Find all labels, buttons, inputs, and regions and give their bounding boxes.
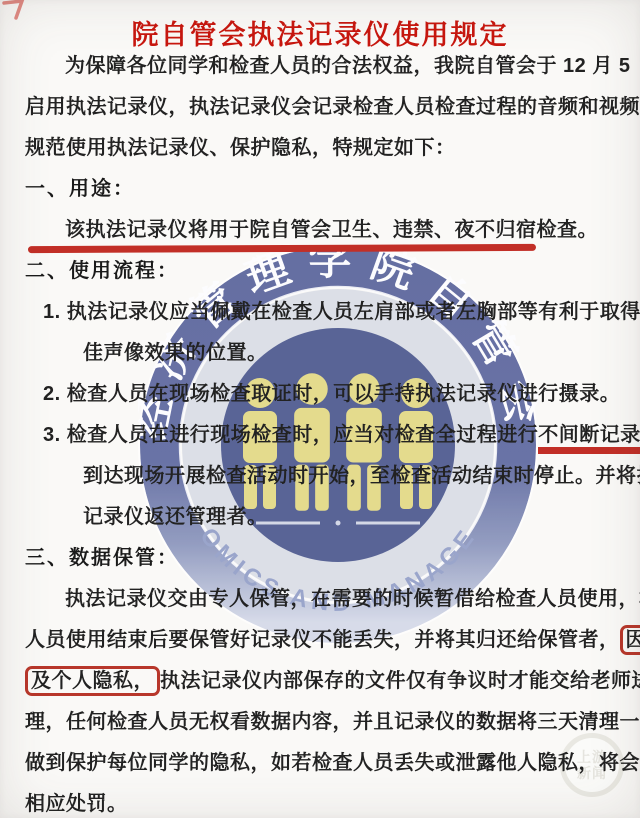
doc-line: 执法记录仪交由专人保管，在需要的时候暂借给检查人员使用，检查 [25,579,625,620]
doc-line: 记录仪返还管理者。 [25,497,625,538]
doc-heading-line: 三、数据保管： [25,538,625,579]
doc-line: 规范使用执法记录仪、保护隐私，特规定如下： [25,128,625,169]
doc-segment: 执法记录仪内部保存的文件仅有争议时才能交给老师进行处 [160,670,640,692]
doc-line: 1. 执法记录仪应当佩戴在检查人员左肩部或者左胸部等有利于取得最 [25,292,625,333]
document-photo: 经济管理学院自管会 ECONOMICS AND MANAGEMENT 上游 新闻… [0,0,640,818]
doc-segment: 3. 检查人员在进行现场检查时，应当对检查全过程进行 [43,424,538,446]
doc-segment: 佳声像效果的位置。 [83,342,268,364]
doc-segment: 做到保护每位同学的隐私，如若检查人员丢失或泄露他人隐私，将会受到 [25,752,640,774]
doc-line: 到达现场开展检查活动时开始，至检查活动结束时停止。并将执法 [25,456,625,497]
doc-segment: 人员使用结束后要保管好记录仪不能丢失，并将其归还给保管者， [25,629,620,651]
doc-segment: 三、数据保管： [25,547,179,569]
doc-line: 启用执法记录仪，执法记录仪会记录检查人员检查过程的音频和视频，为 [25,87,625,128]
doc-lines: 为保障各位同学和检查人员的合法权益，我院自管会于 12 月 5 日起启用执法记录… [25,46,625,818]
red-corner-mark-icon [2,0,32,20]
doc-segment-redbox: 及个人隐私， [25,666,160,696]
doc-heading-line: 二、使用流程： [25,251,625,292]
doc-line: 该执法记录仪将用于院自管会卫生、违禁、夜不归宿检查。 [25,210,625,251]
doc-segment: 到达现场开展检查活动时开始，至检查活动结束时停止。并将执法 [83,465,640,487]
doc-heading-line: 一、用途： [25,169,625,210]
doc-line: 人员使用结束后要保管好记录仪不能丢失，并将其归还给保管者，因为涉 [25,620,625,661]
doc-line: 及个人隐私，执法记录仪内部保存的文件仅有争议时才能交给老师进行处 [25,661,625,702]
doc-line: 做到保护每位同学的隐私，如若检查人员丢失或泄露他人隐私，将会受到 [25,743,625,784]
doc-segment: 1. 执法记录仪应当佩戴在检查人员左肩部或者左胸部等有利于取得最 [43,301,640,323]
doc-line: 佳声像效果的位置。 [25,333,625,374]
doc-segment: 该执法记录仪将用于院自管会卫生、违禁、夜不归宿检查。 [65,219,598,241]
doc-segment: 2. 检查人员在现场检查取证时，可以手持执法记录仪进行摄录。 [43,383,620,405]
doc-segment-bold-redline: 不间断记录， [538,424,640,454]
doc-segment: 执法记录仪交由专人保管，在需要的时候暂借给检查人员使用，检查 [65,588,640,610]
doc-line: 3. 检查人员在进行现场检查时，应当对检查全过程进行不间断记录，自 [25,415,625,456]
doc-segment: 一、用途： [25,178,135,200]
doc-line: 相应处罚。 [25,784,625,818]
doc-line: 为保障各位同学和检查人员的合法权益，我院自管会于 12 月 5 日起 [25,46,625,87]
doc-segment: 理，任何检查人员无权看数据内容，并且记录仪的数据将三天清理一次， [25,711,640,733]
doc-segment: 相应处罚。 [25,793,128,815]
doc-line: 2. 检查人员在现场检查取证时，可以手持执法记录仪进行摄录。 [25,374,625,415]
doc-line: 理，任何检查人员无权看数据内容，并且记录仪的数据将三天清理一次， [25,702,625,743]
doc-segment-redbox: 因为涉 [620,625,640,655]
doc-segment: 启用执法记录仪，执法记录仪会记录检查人员检查过程的音频和视频，为 [25,96,640,118]
doc-segment: 为保障各位同学和检查人员的合法权益，我院自管会于 12 月 5 日起 [65,55,640,77]
doc-segment: 二、使用流程： [25,260,179,282]
doc-segment: 规范使用执法记录仪、保护隐私，特规定如下： [25,137,456,159]
doc-segment: 记录仪返还管理者。 [83,506,268,528]
